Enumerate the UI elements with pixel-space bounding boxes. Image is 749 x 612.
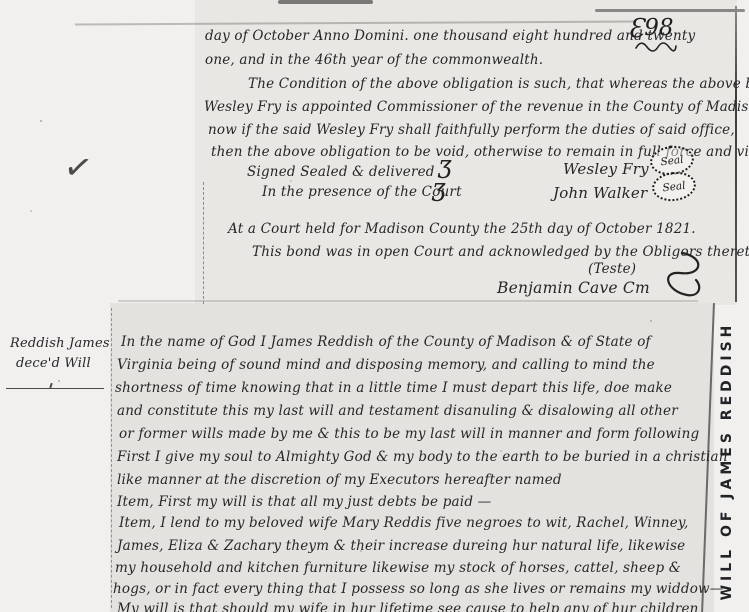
scan-artifact [118,300,698,302]
signature-john-walker: John Walker [553,184,647,202]
bond-line: now if the said Wesley Fry shall faithfu… [208,122,735,138]
attestation-brace-icon: Ʒ [432,179,446,207]
court-record-line: At a Court held for Madison County the 2… [228,221,696,237]
side-caption: WILL OF JAMES REDDISH [719,321,737,601]
margin-note-line: dece'd Will [16,356,91,371]
margin-note-rule [6,388,104,389]
margin-check-icon: ✓ [61,146,96,190]
page-edge-dashed-line [111,308,112,608]
will-line: Item, I lend to my beloved wife Mary Red… [119,515,688,531]
margin-note-line: Reddish James [10,336,110,351]
bond-line: Wesley Fry is appointed Commissioner of … [204,99,749,115]
will-line: Virginia being of sound mind and disposi… [117,357,655,373]
will-line: and constitute this my last will and tes… [117,403,678,419]
clerk-signature-flourish-icon [652,250,712,308]
will-line: shortness of time knowing that in a litt… [115,380,672,396]
will-line: In the name of God I James Reddish of th… [121,334,651,350]
teste-label: (Teste) [588,261,636,277]
will-line: hogs, or in fact every thing that I poss… [113,581,724,597]
page-edge-dashed-line [203,182,204,304]
attestation-line: Signed Sealed & delivered [247,164,435,180]
will-line: or former wills made by me & this to be … [119,426,699,442]
scan-artifact [595,9,745,12]
bond-line: The Condition of the above obligation is… [248,76,749,92]
scanned-document: Ɛ98 day of October Anno Domini. one thou… [0,0,749,612]
scan-artifact [40,120,42,122]
clerk-signature: Benjamin Cave Cm [497,279,650,297]
will-line: Item, First my will is that all my just … [117,494,491,510]
seal-label: Seal [662,179,686,194]
will-line: My will is that should my wife in hur li… [117,601,699,612]
will-line: James, Eliza & Zachary theym & their inc… [117,538,685,554]
will-line: First I give my soul to Almighty God & m… [117,449,728,465]
seal-label: Seal [660,153,684,168]
signature-wesley-fry: Wesley Fry [563,160,649,178]
bond-line: day of October Anno Domini. one thousand… [205,28,695,44]
will-line: my household and kitchen furniture likew… [115,560,681,576]
scan-artifact [278,0,373,4]
will-line: like manner at the discretion of my Exec… [117,472,562,488]
bond-line: one, and in the 46th year of the commonw… [205,52,543,68]
